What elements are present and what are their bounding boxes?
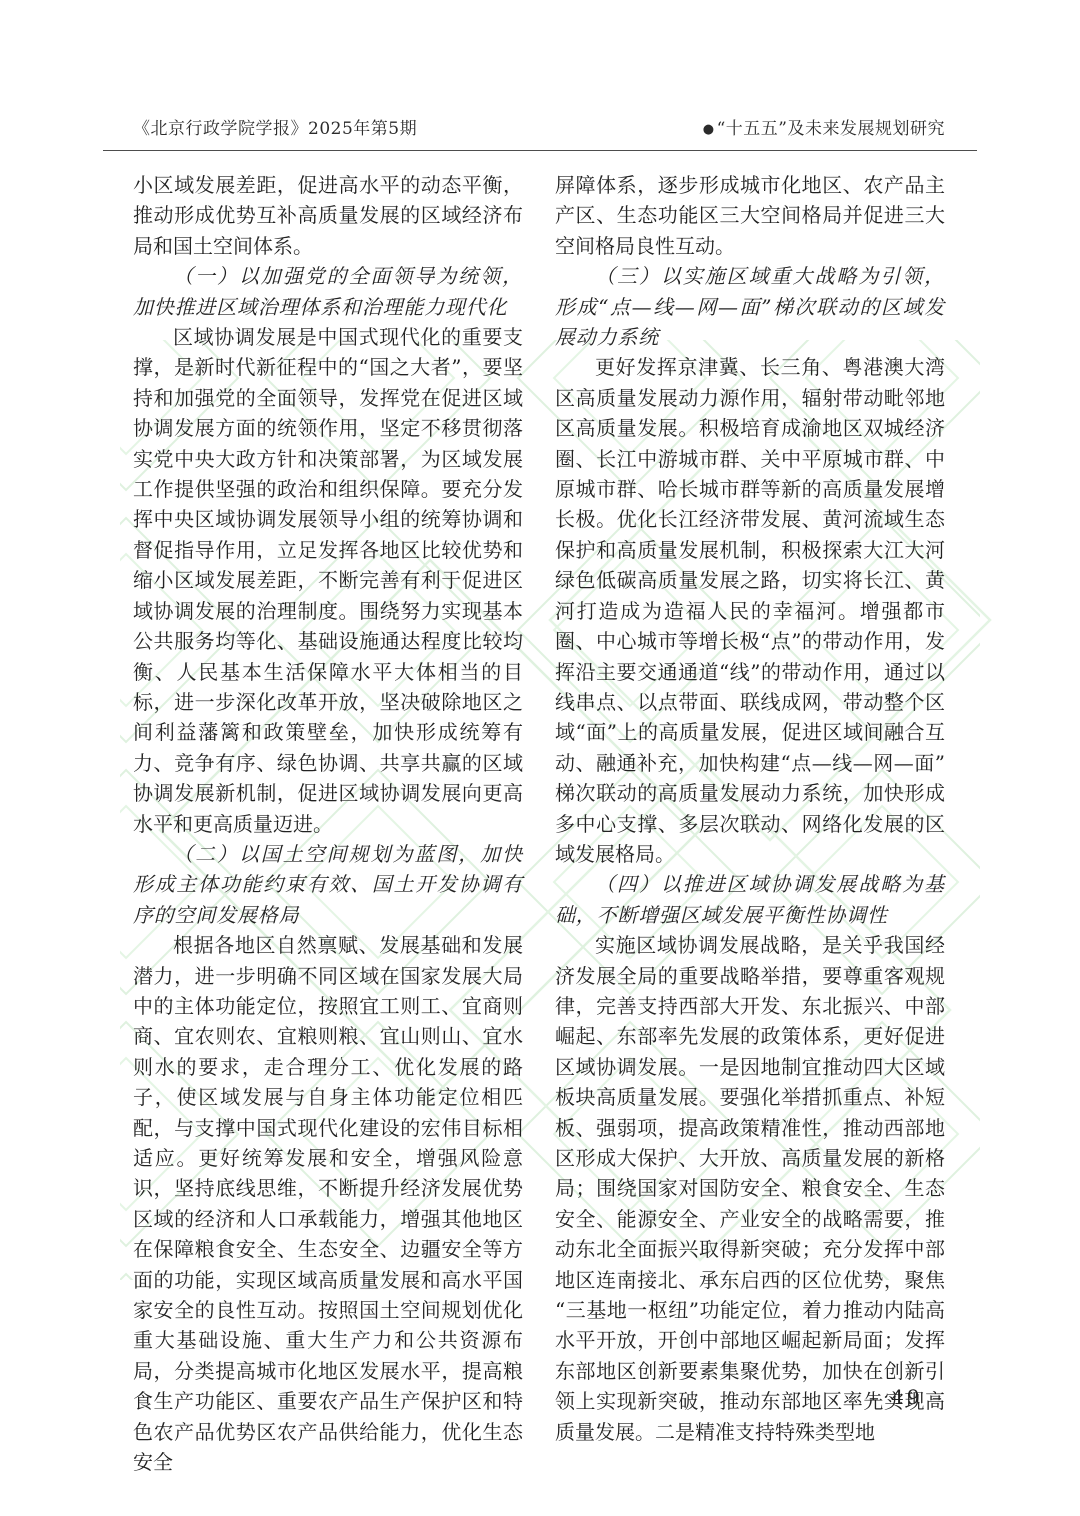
body-paragraph: 更好发挥京津冀、长三角、粤港澳大湾区高质量发展动力源作用，辐射带动毗邻地区高质量… xyxy=(555,352,945,869)
right-column: 屏障体系，逐步形成城市化地区、农产品主产区、生态功能区三大空间格局并促进三大空间… xyxy=(555,170,945,1477)
body-paragraph: 根据各地区自然禀赋、发展基础和发展潜力，进一步明确不同区域在国家发展大局中的主体… xyxy=(133,930,523,1477)
section-subheading: （一）以加强党的全面领导为统领，加快推进区域治理体系和治理能力现代化 xyxy=(133,261,523,322)
left-column: 小区域发展差距，促进高水平的动态平衡，推动形成优势互补高质量发展的区域经济布局和… xyxy=(133,170,523,1477)
running-head: 《北京行政学院学报》2025年第5期 ● “十五五”及未来发展规划研究 xyxy=(133,114,945,139)
section-subheading: （二）以国土空间规划为蓝图，加快形成主体功能约束有效、国土开发协调有序的空间发展… xyxy=(133,839,523,930)
section-subheading: （四）以推进区域协调发展战略为基础，不断增强区域发展平衡性协调性 xyxy=(555,869,945,930)
body-paragraph: 实施区域协调发展战略，是关乎我国经济发展全局的重要战略举措，要尊重客观规律，完善… xyxy=(555,930,945,1447)
journal-page: 《北京行政学院学报》2025年第5期 ● “十五五”及未来发展规划研究 小区域发… xyxy=(0,0,1080,1516)
journal-title: 《北京行政学院学报》2025年第5期 xyxy=(133,114,417,139)
body-paragraph: 区域协调发展是中国式现代化的重要支撑，是新时代新征程中的“国之大者”，要坚持和加… xyxy=(133,322,523,839)
section-title: “十五五”及未来发展规划研究 xyxy=(717,114,945,139)
body-paragraph: 屏障体系，逐步形成城市化地区、农产品主产区、生态功能区三大空间格局并促进三大空间… xyxy=(555,170,945,261)
page-number: – 49 – xyxy=(555,1385,945,1409)
article-body: 小区域发展差距，促进高水平的动态平衡，推动形成优势互补高质量发展的区域经济布局和… xyxy=(133,170,945,1477)
body-paragraph: 小区域发展差距，促进高水平的动态平衡，推动形成优势互补高质量发展的区域经济布局和… xyxy=(133,170,523,261)
bullet-icon: ● xyxy=(703,122,715,137)
section-title-group: ● “十五五”及未来发展规划研究 xyxy=(703,114,945,139)
header-rule xyxy=(103,150,977,151)
section-subheading: （三）以实施区域重大战略为引领，形成“点—线—网—面”梯次联动的区域发展动力系统 xyxy=(555,261,945,352)
